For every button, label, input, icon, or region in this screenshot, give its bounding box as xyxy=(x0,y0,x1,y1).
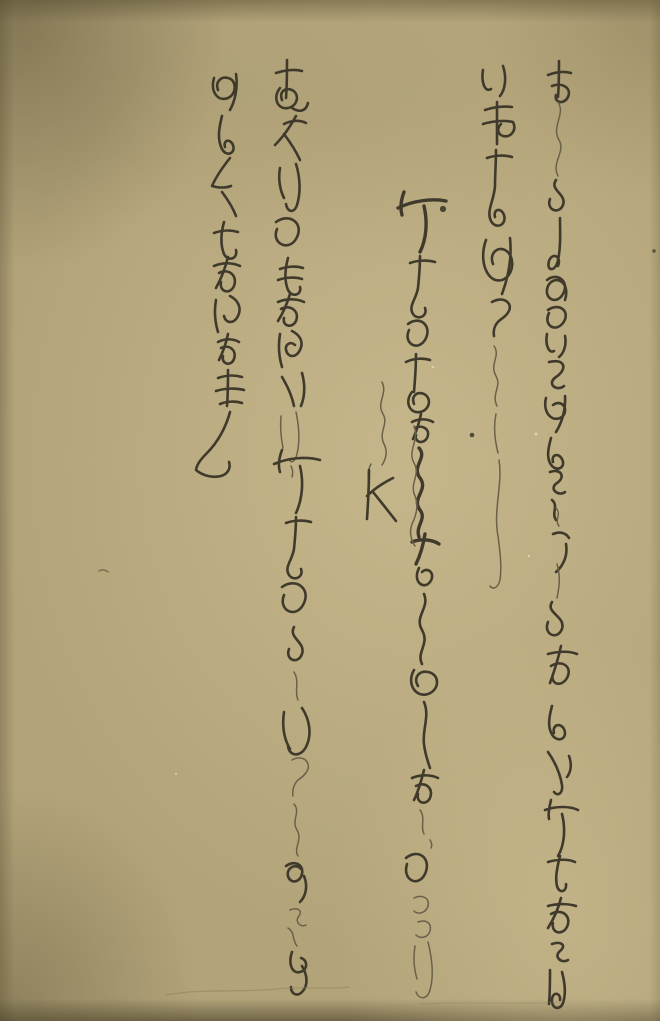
calligraphy-column-right-1 xyxy=(545,61,578,1008)
calligraphy-column-left-1 xyxy=(275,60,308,477)
paper-crease xyxy=(166,987,560,1004)
calligraphy-column-left-2 xyxy=(196,74,244,477)
calligraphy-column-left-3 xyxy=(274,450,320,994)
calligraphy-ink-layer xyxy=(0,0,660,1021)
calligraphy-column-right-2 xyxy=(482,66,514,588)
manuscript-page: むすひとよめの いろゆきさくら とあるかや とてあさは いまはゆふらし やまのお… xyxy=(0,0,660,1021)
calligraphy-column-middle-1 xyxy=(398,192,446,998)
ink-flecks xyxy=(99,206,656,775)
